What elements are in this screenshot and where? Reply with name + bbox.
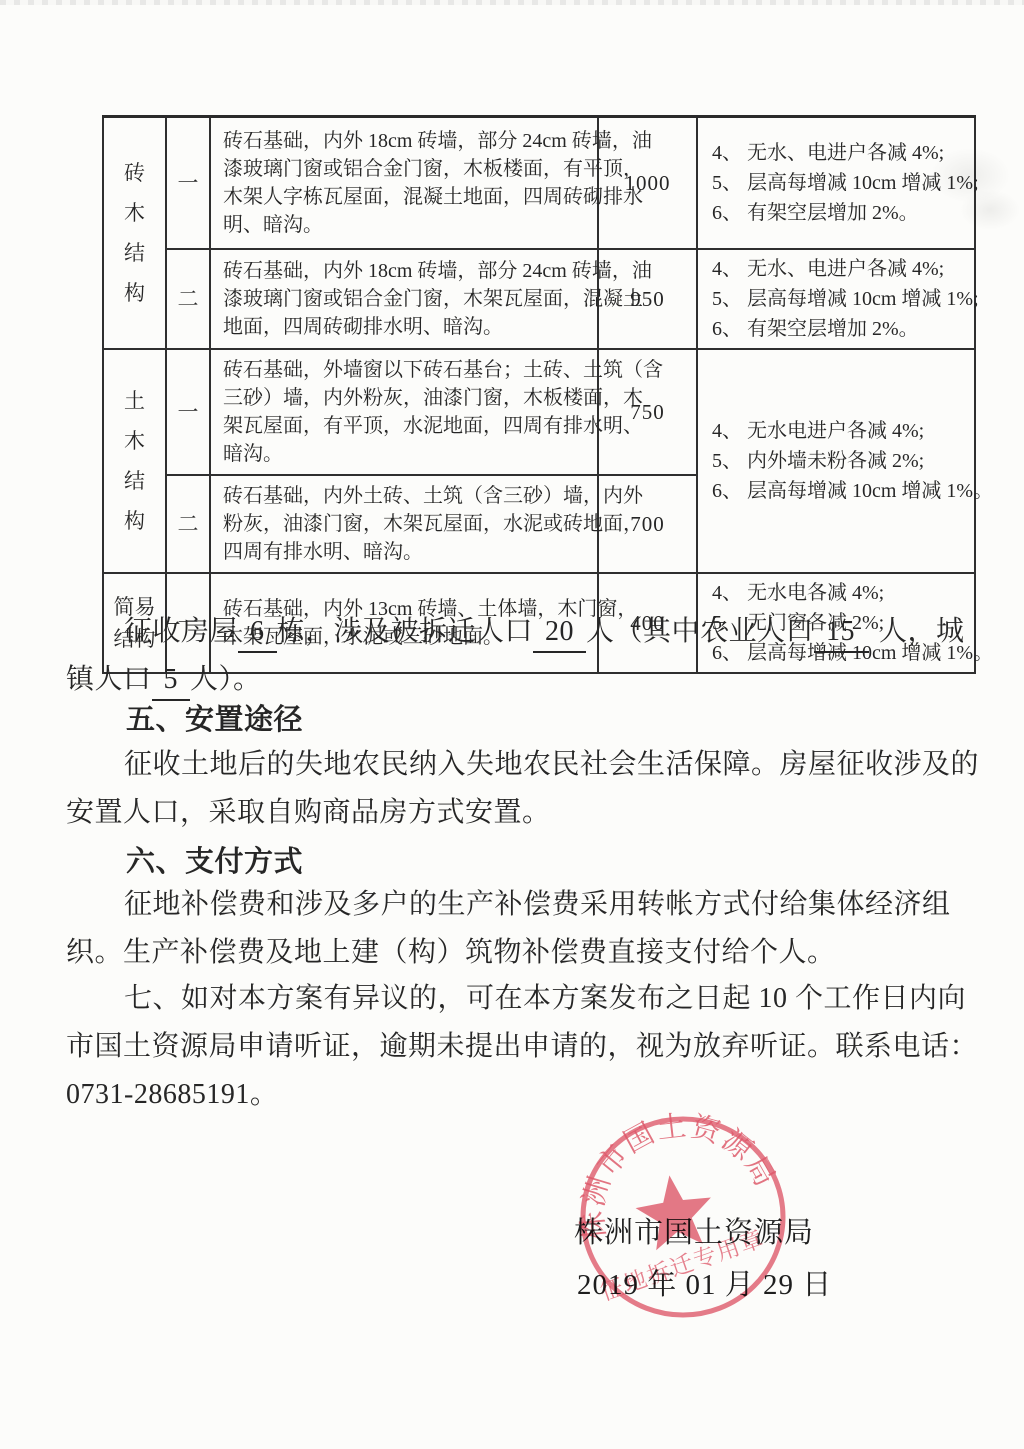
houses-count-underlined: 6 [238,613,277,653]
text-line: 征收土地后的失地农民纳入失地农民社会生活保障。房屋征收涉及的 [66,741,956,789]
section-heading-5: 五、安置途径 [66,696,956,744]
text-line: 织。生产补偿费及地上建（构）筑物补偿费直接支付给个人。 [66,929,956,977]
text-line: 安置人口，采取自购商品房方式安置。 [66,789,956,837]
urban-people-underlined: 5 [152,661,191,701]
adjustment-cell: 4、 无水、电进户各减 4%;5、 层高每增减 10cm 增减 1%;6、 有架… [697,249,975,349]
structure-type-label: 土木结构 [121,381,147,541]
seal-graphic: 株洲市国土资源局 征地拆迁专用章 [576,1109,783,1315]
description-cell: 砖石基础，内外 18cm 砖墙，部分 24cm 砖墙，油漆玻璃门窗或铝合金门窗，… [210,249,598,349]
scan-edge-artifact [0,0,1024,5]
grade-cell: 一 [166,117,210,250]
description-cell: 砖石基础，内外土砖、土筑（含三砂）墙，内外粉灰，油漆门窗，木架瓦屋面，水泥或砖地… [210,475,598,573]
seal-star-icon [636,1175,711,1250]
table-row: 砖木结构 一 砖石基础，内外 18cm 砖墙，部分 24cm 砖墙，油漆玻璃门窗… [103,117,975,250]
text-line: 征收房屋6栋，涉及被拆迁人口20人（其中农业人口15人，城 [66,608,956,656]
paragraph-objection: 七、如对本方案有异议的，可在本方案发布之日起 10 个工作日内向 市国土资源局申… [66,975,956,1119]
static-text: 镇人口 [66,664,152,695]
scanned-document-page: { "table": { "groups": [ {"label": "砖木结构… [0,0,1024,1449]
adjustment-cell: 4、 无水电进户各减 4%;5、 内外墙未粉各减 2%;6、 层高每增减 10c… [697,349,975,573]
adjustment-cell: 4、 无水、电进户各减 4%;5、 层高每增减 10cm 增减 1%;6、 有架… [697,117,975,250]
description-cell: 砖石基础，外墙窗以下砖石基台；土砖、土筑（含三砂）墙，内外粉灰，油漆门窗，木板楼… [210,349,598,475]
grade-cell: 二 [166,249,210,349]
grade-cell: 一 [166,349,210,475]
structure-type-cell: 砖木结构 [103,117,166,350]
phone-number-line: 0731-28685191。 [66,1071,956,1119]
paragraph-houses: 征收房屋6栋，涉及被拆迁人口20人（其中农业人口15人，城 镇人口5人）。 [66,608,956,704]
section-heading-6: 六、支付方式 [66,838,956,886]
text-line: 市国土资源局申请听证，逾期未提出申请的，视为放弃听证。联系电话： [66,1023,956,1071]
grade-cell: 二 [166,475,210,573]
official-seal: 株洲市国土资源局 征地拆迁专用章 [568,1102,798,1332]
people-total-underlined: 20 [533,613,586,653]
paragraph-payment: 征地补偿费和涉及多户的生产补偿费采用转帐方式付给集体经济组 织。生产补偿费及地上… [66,881,956,977]
paragraph-resettlement: 征收土地后的失地农民纳入失地农民社会生活保障。房屋征收涉及的 安置人口，采取自购… [66,741,956,837]
text-line: 七、如对本方案有异议的，可在本方案发布之日起 10 个工作日内向 [66,975,956,1023]
static-text: 人（其中农业人口 [586,616,814,647]
structure-type-label: 砖木结构 [121,153,147,313]
static-text: 人，城 [879,616,965,647]
text-line: 征地补偿费和涉及多户的生产补偿费采用转帐方式付给集体经济组 [66,881,956,929]
table-row: 土木结构 一 砖石基础，外墙窗以下砖石基台；土砖、土筑（含三砂）墙，内外粉灰，油… [103,349,975,475]
agri-people-underlined: 15 [814,613,869,653]
static-text: 征收房屋 [124,616,238,647]
compensation-table: 砖木结构 一 砖石基础，内外 18cm 砖墙，部分 24cm 砖墙，油漆玻璃门窗… [102,115,976,674]
description-cell: 砖石基础，内外 18cm 砖墙，部分 24cm 砖墙，油漆玻璃门窗或铝合金门窗，… [210,117,598,250]
static-text: 人）。 [190,664,262,695]
structure-type-cell: 土木结构 [103,349,166,573]
table-row: 二 砖石基础，内外 18cm 砖墙，部分 24cm 砖墙，油漆玻璃门窗或铝合金门… [103,249,975,349]
static-text: 栋，涉及被拆迁人口 [277,616,534,647]
